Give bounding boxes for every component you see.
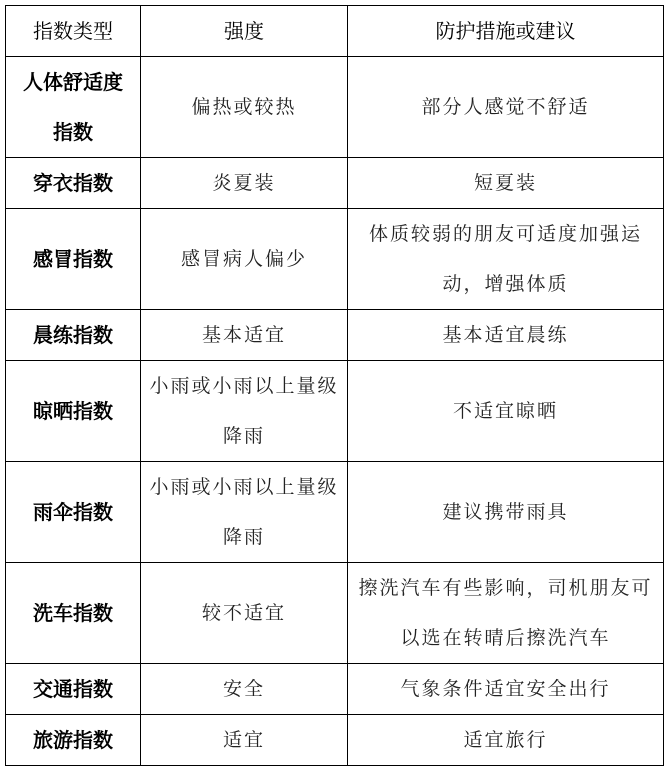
table-row: 晾晒指数 小雨或小雨以上量级降雨 不适宜晾晒 <box>6 361 664 462</box>
table-row: 旅游指数 适宜 适宜旅行 <box>6 715 664 766</box>
index-type-cell: 晨练指数 <box>6 310 141 361</box>
intensity-cell: 适宜 <box>141 715 348 766</box>
intensity-cell: 偏热或较热 <box>141 57 348 158</box>
intensity-cell: 安全 <box>141 664 348 715</box>
intensity-cell: 较不适宜 <box>141 563 348 664</box>
table-row: 雨伞指数 小雨或小雨以上量级降雨 建议携带雨具 <box>6 462 664 563</box>
header-advice: 防护措施或建议 <box>348 6 664 57</box>
advice-cell: 适宜旅行 <box>348 715 664 766</box>
table-row: 人体舒适度指数 偏热或较热 部分人感觉不舒适 <box>6 57 664 158</box>
index-type-cell: 感冒指数 <box>6 209 141 310</box>
index-type-cell: 交通指数 <box>6 664 141 715</box>
table-row: 感冒指数 感冒病人偏少 体质较弱的朋友可适度加强运动，增强体质 <box>6 209 664 310</box>
advice-cell: 建议携带雨具 <box>348 462 664 563</box>
index-type-cell: 人体舒适度指数 <box>6 57 141 158</box>
table-row: 交通指数 安全 气象条件适宜安全出行 <box>6 664 664 715</box>
advice-cell: 气象条件适宜安全出行 <box>348 664 664 715</box>
index-type-cell: 旅游指数 <box>6 715 141 766</box>
index-type-cell: 晾晒指数 <box>6 361 141 462</box>
index-type-cell: 穿衣指数 <box>6 158 141 209</box>
advice-cell: 体质较弱的朋友可适度加强运动，增强体质 <box>348 209 664 310</box>
index-type-cell: 雨伞指数 <box>6 462 141 563</box>
advice-cell: 基本适宜晨练 <box>348 310 664 361</box>
intensity-cell: 基本适宜 <box>141 310 348 361</box>
index-type-cell: 洗车指数 <box>6 563 141 664</box>
header-index-type: 指数类型 <box>6 6 141 57</box>
header-intensity: 强度 <box>141 6 348 57</box>
advice-cell: 部分人感觉不舒适 <box>348 57 664 158</box>
weather-index-table: 指数类型 强度 防护措施或建议 人体舒适度指数 偏热或较热 部分人感觉不舒适 穿… <box>5 5 664 766</box>
advice-cell: 短夏装 <box>348 158 664 209</box>
table-row: 洗车指数 较不适宜 擦洗汽车有些影响，司机朋友可以选在转晴后擦洗汽车 <box>6 563 664 664</box>
advice-cell: 擦洗汽车有些影响，司机朋友可以选在转晴后擦洗汽车 <box>348 563 664 664</box>
table-header-row: 指数类型 强度 防护措施或建议 <box>6 6 664 57</box>
table-row: 晨练指数 基本适宜 基本适宜晨练 <box>6 310 664 361</box>
intensity-cell: 小雨或小雨以上量级降雨 <box>141 462 348 563</box>
intensity-cell: 小雨或小雨以上量级降雨 <box>141 361 348 462</box>
intensity-cell: 炎夏装 <box>141 158 348 209</box>
advice-cell: 不适宜晾晒 <box>348 361 664 462</box>
table-row: 穿衣指数 炎夏装 短夏装 <box>6 158 664 209</box>
intensity-cell: 感冒病人偏少 <box>141 209 348 310</box>
